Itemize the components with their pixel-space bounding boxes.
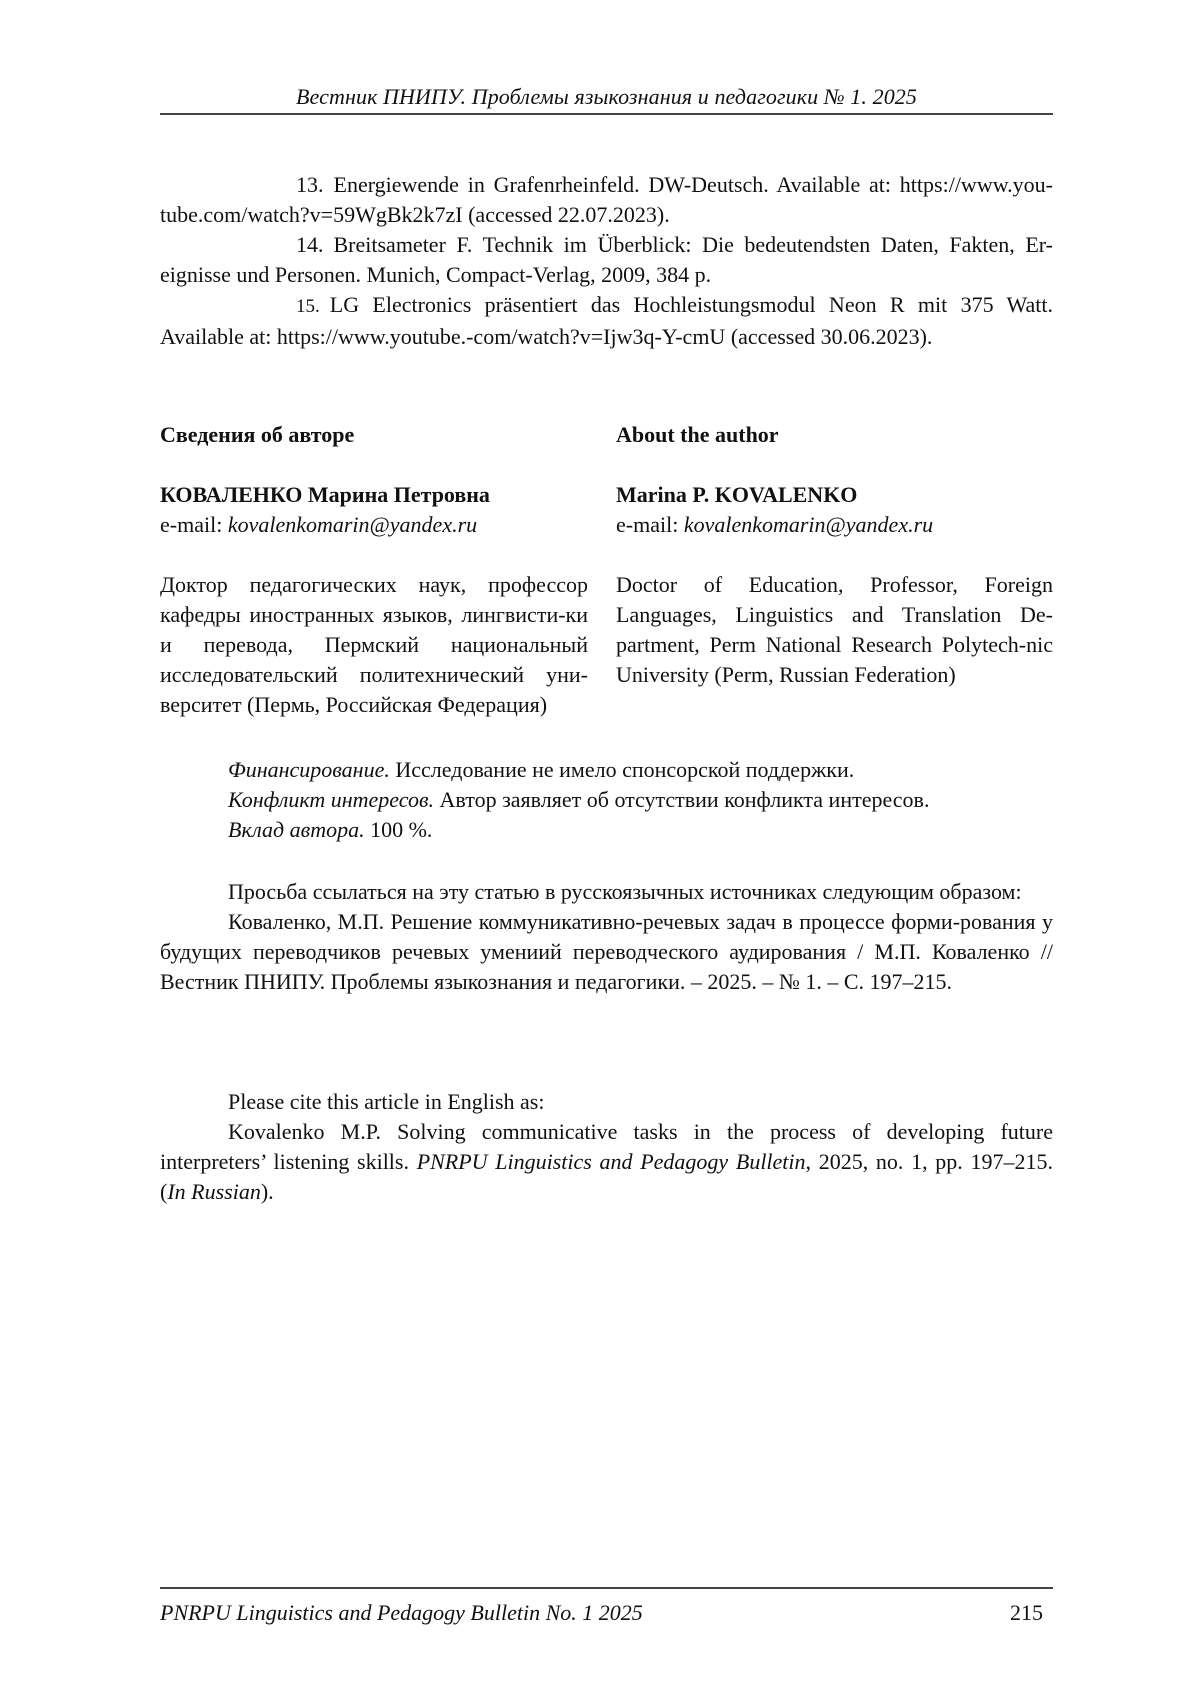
running-header: Вестник ПНИПУ. Проблемы языкознания и пе… — [160, 84, 1053, 110]
reference-number: 13. — [228, 170, 324, 200]
funding-label: Финансирование. — [228, 757, 390, 782]
footer-divider — [160, 1587, 1053, 1589]
citation-text-en: Kovalenko M.P. Solving communicative tas… — [160, 1117, 1053, 1207]
citation-text-ru: Коваленко, М.П. Решение коммуникативно-р… — [160, 907, 1053, 997]
header-divider — [160, 113, 1053, 115]
email-line-en: e-mail: kovalenkomarin@yandex.ru — [616, 510, 1053, 540]
author-name-ru: КОВАЛЕНКО Марина Петровна — [160, 480, 588, 510]
reference-number: 14. — [228, 230, 324, 260]
contribution-statement: Вклад автора. 100 %. — [228, 815, 1053, 845]
email-line-ru: e-mail: kovalenkomarin@yandex.ru — [160, 510, 588, 540]
email-label: e-mail: — [160, 512, 228, 537]
conflict-label: Конфликт интересов. — [228, 787, 434, 812]
reference-item: 14.Breitsameter F. Technik im Überblick:… — [160, 230, 1053, 290]
contribution-text: 100 %. — [365, 817, 433, 842]
email-address: kovalenkomarin@yandex.ru — [684, 512, 933, 537]
email-label: e-mail: — [616, 512, 684, 537]
citation-english: Please cite this article in English as: … — [160, 1087, 1053, 1207]
reference-item: 15.LG Electronics präsentiert das Hochle… — [160, 290, 1053, 352]
conflict-text: Автор заявляет об отсутствии конфликта и… — [434, 787, 929, 812]
citation-intro-ru: Просьба ссылаться на эту статью в русско… — [160, 877, 1053, 907]
conflict-statement: Конфликт интересов. Автор заявляет об от… — [228, 785, 1053, 815]
page-number: 215 — [1010, 1600, 1043, 1626]
funding-statement: Финансирование. Исследование не имело сп… — [228, 755, 1053, 785]
footer-journal-title: PNRPU Linguistics and Pedagogy Bulletin … — [160, 1600, 643, 1626]
affiliation-en: Doctor of Education, Professor, Foreign … — [616, 570, 1053, 690]
email-address: kovalenkomarin@yandex.ru — [228, 512, 477, 537]
citation-russian: Просьба ссылаться на эту статью в русско… — [160, 877, 1053, 997]
author-name-en: Marina P. KOVALENKO — [616, 480, 1053, 510]
citation-intro-en: Please cite this article in English as: — [160, 1087, 1053, 1117]
author-heading-en: About the author — [616, 420, 1053, 450]
author-info-en: About the author Marina P. KOVALENKO e-m… — [616, 420, 1053, 720]
author-heading-ru: Сведения об авторе — [160, 420, 588, 450]
citation-journal: PNRPU Linguistics and Pedagogy Bulletin — [417, 1149, 806, 1174]
reference-item: 13.Energiewende in Grafenrheinfeld. DW-D… — [160, 170, 1053, 230]
contribution-label: Вклад автора. — [228, 817, 365, 842]
document-page: Вестник ПНИПУ. Проблемы языкознания и пе… — [160, 0, 1053, 1705]
funding-text: Исследование не имело спонсорской поддер… — [390, 757, 854, 782]
citation-language: In Russian — [167, 1179, 261, 1204]
reference-list: 13.Energiewende in Grafenrheinfeld. DW-D… — [160, 170, 1053, 352]
reference-number: 15. — [228, 292, 320, 322]
disclosures: Финансирование. Исследование не имело сп… — [228, 755, 1053, 845]
author-info: Сведения об авторе КОВАЛЕНКО Марина Петр… — [160, 420, 1053, 720]
author-info-ru: Сведения об авторе КОВАЛЕНКО Марина Петр… — [160, 420, 588, 720]
citation-text-end: ). — [261, 1179, 274, 1204]
affiliation-ru: Доктор педагогических наук, профессор ка… — [160, 570, 588, 720]
